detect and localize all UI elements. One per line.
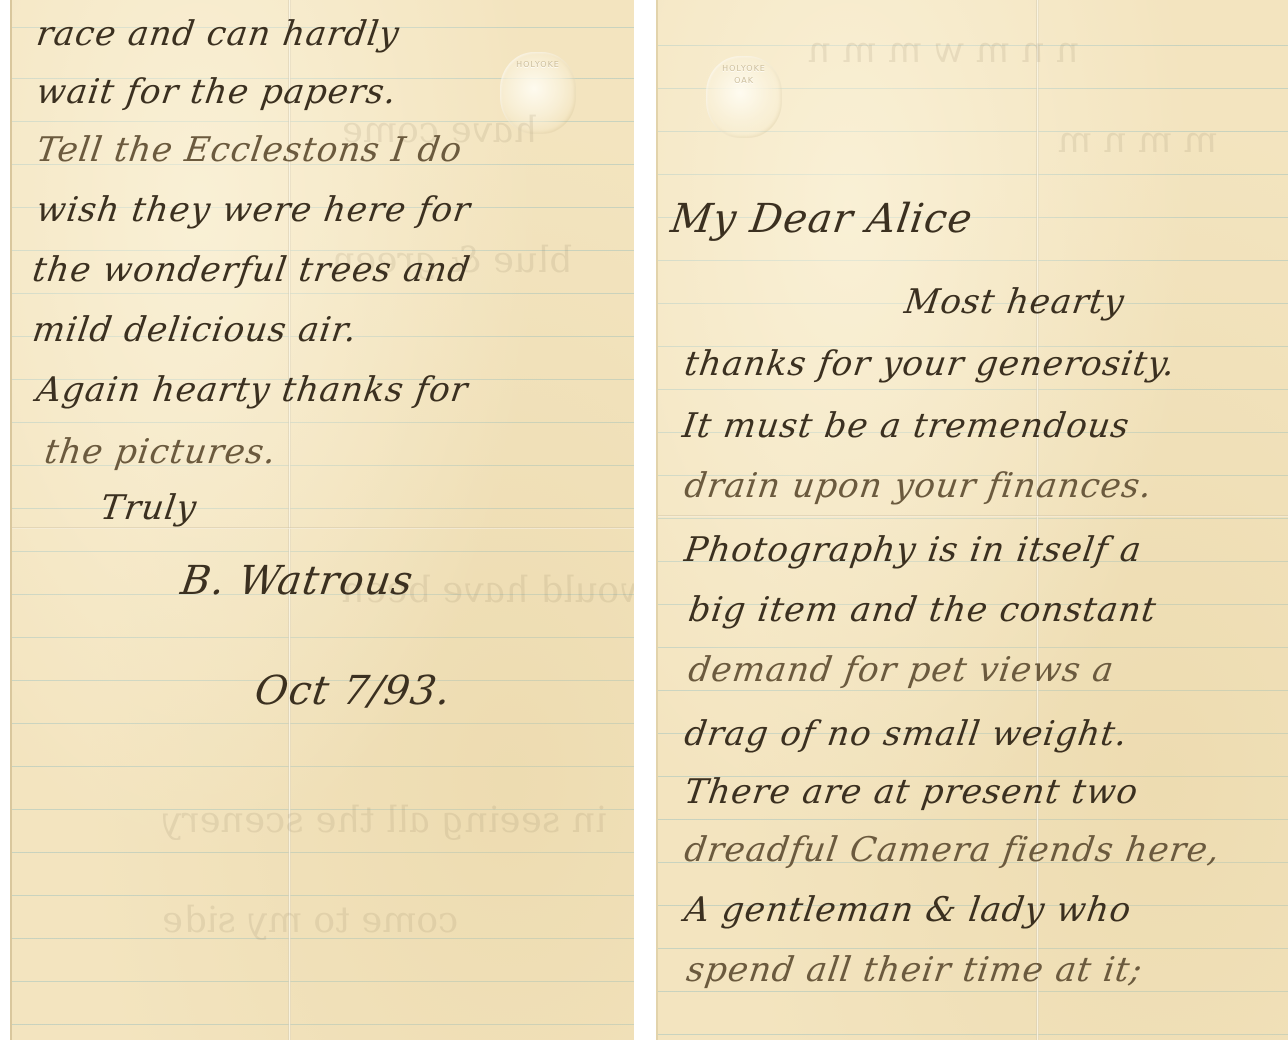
letter-line: There are at present two (682, 772, 1141, 812)
letter-line: wish they were here for (34, 190, 473, 230)
letter-line: the wonderful trees and (30, 250, 473, 290)
emboss-text: OAK (706, 76, 782, 85)
letter-line: A gentleman & lady who (682, 890, 1134, 930)
letter-line: drag of no small weight. (682, 714, 1130, 754)
letter-line: dreadful Camera fiends here, (682, 830, 1223, 870)
bleed-through-text: in seeing all the scenery (158, 800, 610, 841)
signature: B. Watrous (178, 558, 416, 604)
vertical-fold-crease (1036, 0, 1039, 1040)
letter-line: Photography is in itself a (682, 530, 1144, 570)
letter-line: Tell the Ecclestons I do (34, 130, 465, 170)
horizontal-fold-crease (658, 515, 1288, 517)
letter-scan: HOLYOKE have come blue & green would hav… (0, 0, 1288, 1051)
letter-line: thanks for your generosity. (682, 344, 1178, 384)
embossed-stamp-icon: HOLYOKE (500, 52, 576, 134)
closing: Truly (98, 488, 200, 528)
letter-line: demand for pet views a (686, 650, 1117, 690)
letter-line: It must be a tremendous (680, 406, 1132, 446)
letter-page-right: HOLYOKE OAK n n m w m m n m m n m My Dea… (656, 0, 1288, 1040)
bleed-through-text: n n m w m m n (804, 30, 1083, 71)
letter-line: Most hearty (902, 282, 1127, 322)
letter-line: mild delicious air. (30, 310, 360, 350)
embossed-stamp-icon: HOLYOKE OAK (706, 56, 782, 138)
letter-line: big item and the constant (686, 590, 1159, 630)
letter-line: wait for the papers. (34, 72, 399, 112)
emboss-text: HOLYOKE (706, 64, 782, 73)
bleed-through-text: come to my side (158, 900, 462, 941)
letter-line: drain upon your finances. (682, 466, 1155, 506)
emboss-text: HOLYOKE (500, 60, 576, 69)
letter-date: Oct 7/93. (252, 668, 454, 714)
letter-line: Again hearty thanks for (34, 370, 471, 410)
letter-line: the pictures. (42, 432, 279, 472)
letter-line: race and can hardly (34, 14, 402, 54)
bleed-through-text: m m n m (1054, 120, 1221, 161)
letter-page-left: HOLYOKE have come blue & green would hav… (10, 0, 634, 1040)
letter-line: spend all their time at it; (684, 950, 1145, 990)
salutation: My Dear Alice (668, 196, 976, 242)
